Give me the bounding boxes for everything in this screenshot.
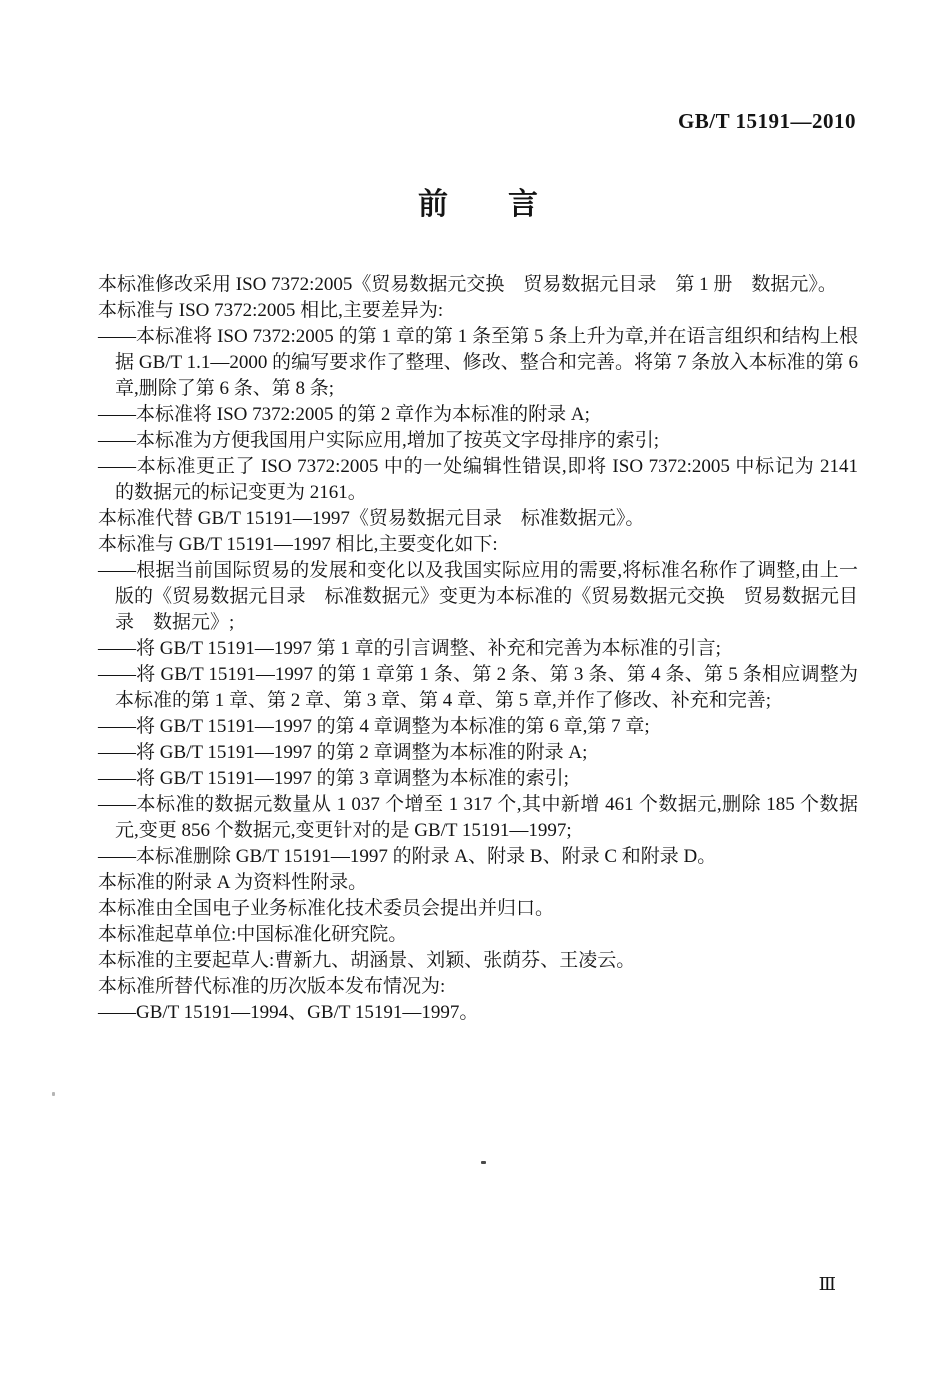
foreword-body: 本标准修改采用 ISO 7372:2005《贸易数据元交换 贸易数据元目录 第 … [98,272,858,1026]
dash-list-item: ——本标准为方便我国用户实际应用,增加了按英文字母排序的索引; [98,428,858,454]
scan-artifact-dot [52,1092,55,1096]
scan-artifact-dot [481,1161,486,1164]
paragraph: 本标准修改采用 ISO 7372:2005《贸易数据元交换 贸易数据元目录 第 … [98,272,858,298]
dash-list-item: ——本标准将 ISO 7372:2005 的第 1 章的第 1 条至第 5 条上… [98,324,858,402]
document-page: GB/T 15191—2010 前 言 本标准修改采用 ISO 7372:200… [0,0,950,1388]
dash-list-item: ——将 GB/T 15191—1997 的第 4 章调整为本标准的第 6 章,第… [98,714,858,740]
page-title-foreword: 前 言 [98,188,858,221]
paragraph: 本标准与 GB/T 15191—1997 相比,主要变化如下: [98,532,858,558]
page-number: Ⅲ [819,1274,836,1295]
dash-list-item: ——本标准的数据元数量从 1 037 个增至 1 317 个,其中新增 461 … [98,792,858,844]
dash-list-item: ——将 GB/T 15191—1997 的第 1 章第 1 条、第 2 条、第 … [98,662,858,714]
dash-list-item: ——GB/T 15191—1994、GB/T 15191—1997。 [98,1000,858,1026]
dash-list-item: ——本标准将 ISO 7372:2005 的第 2 章作为本标准的附录 A; [98,402,858,428]
paragraph: 本标准的附录 A 为资料性附录。 [98,870,858,896]
paragraph: 本标准由全国电子业务标准化技术委员会提出并归口。 [98,896,858,922]
paragraph: 本标准的主要起草人:曹新九、胡涵景、刘颖、张荫芬、王凌云。 [98,948,858,974]
paragraph: 本标准所替代标准的历次版本发布情况为: [98,974,858,1000]
dash-list-item: ——根据当前国际贸易的发展和变化以及我国实际应用的需要,将标准名称作了调整,由上… [98,558,858,636]
dash-list-item: ——将 GB/T 15191—1997 的第 3 章调整为本标准的索引; [98,766,858,792]
standard-number-header: GB/T 15191—2010 [678,109,856,134]
paragraph: 本标准起草单位:中国标准化研究院。 [98,922,858,948]
dash-list-item: ——将 GB/T 15191—1997 第 1 章的引言调整、补充和完善为本标准… [98,636,858,662]
paragraph: 本标准代替 GB/T 15191—1997《贸易数据元目录 标准数据元》。 [98,506,858,532]
dash-list-item: ——本标准更正了 ISO 7372:2005 中的一处编辑性错误,即将 ISO … [98,454,858,506]
paragraph: 本标准与 ISO 7372:2005 相比,主要差异为: [98,298,858,324]
dash-list-item: ——本标准删除 GB/T 15191—1997 的附录 A、附录 B、附录 C … [98,844,858,870]
dash-list-item: ——将 GB/T 15191—1997 的第 2 章调整为本标准的附录 A; [98,740,858,766]
